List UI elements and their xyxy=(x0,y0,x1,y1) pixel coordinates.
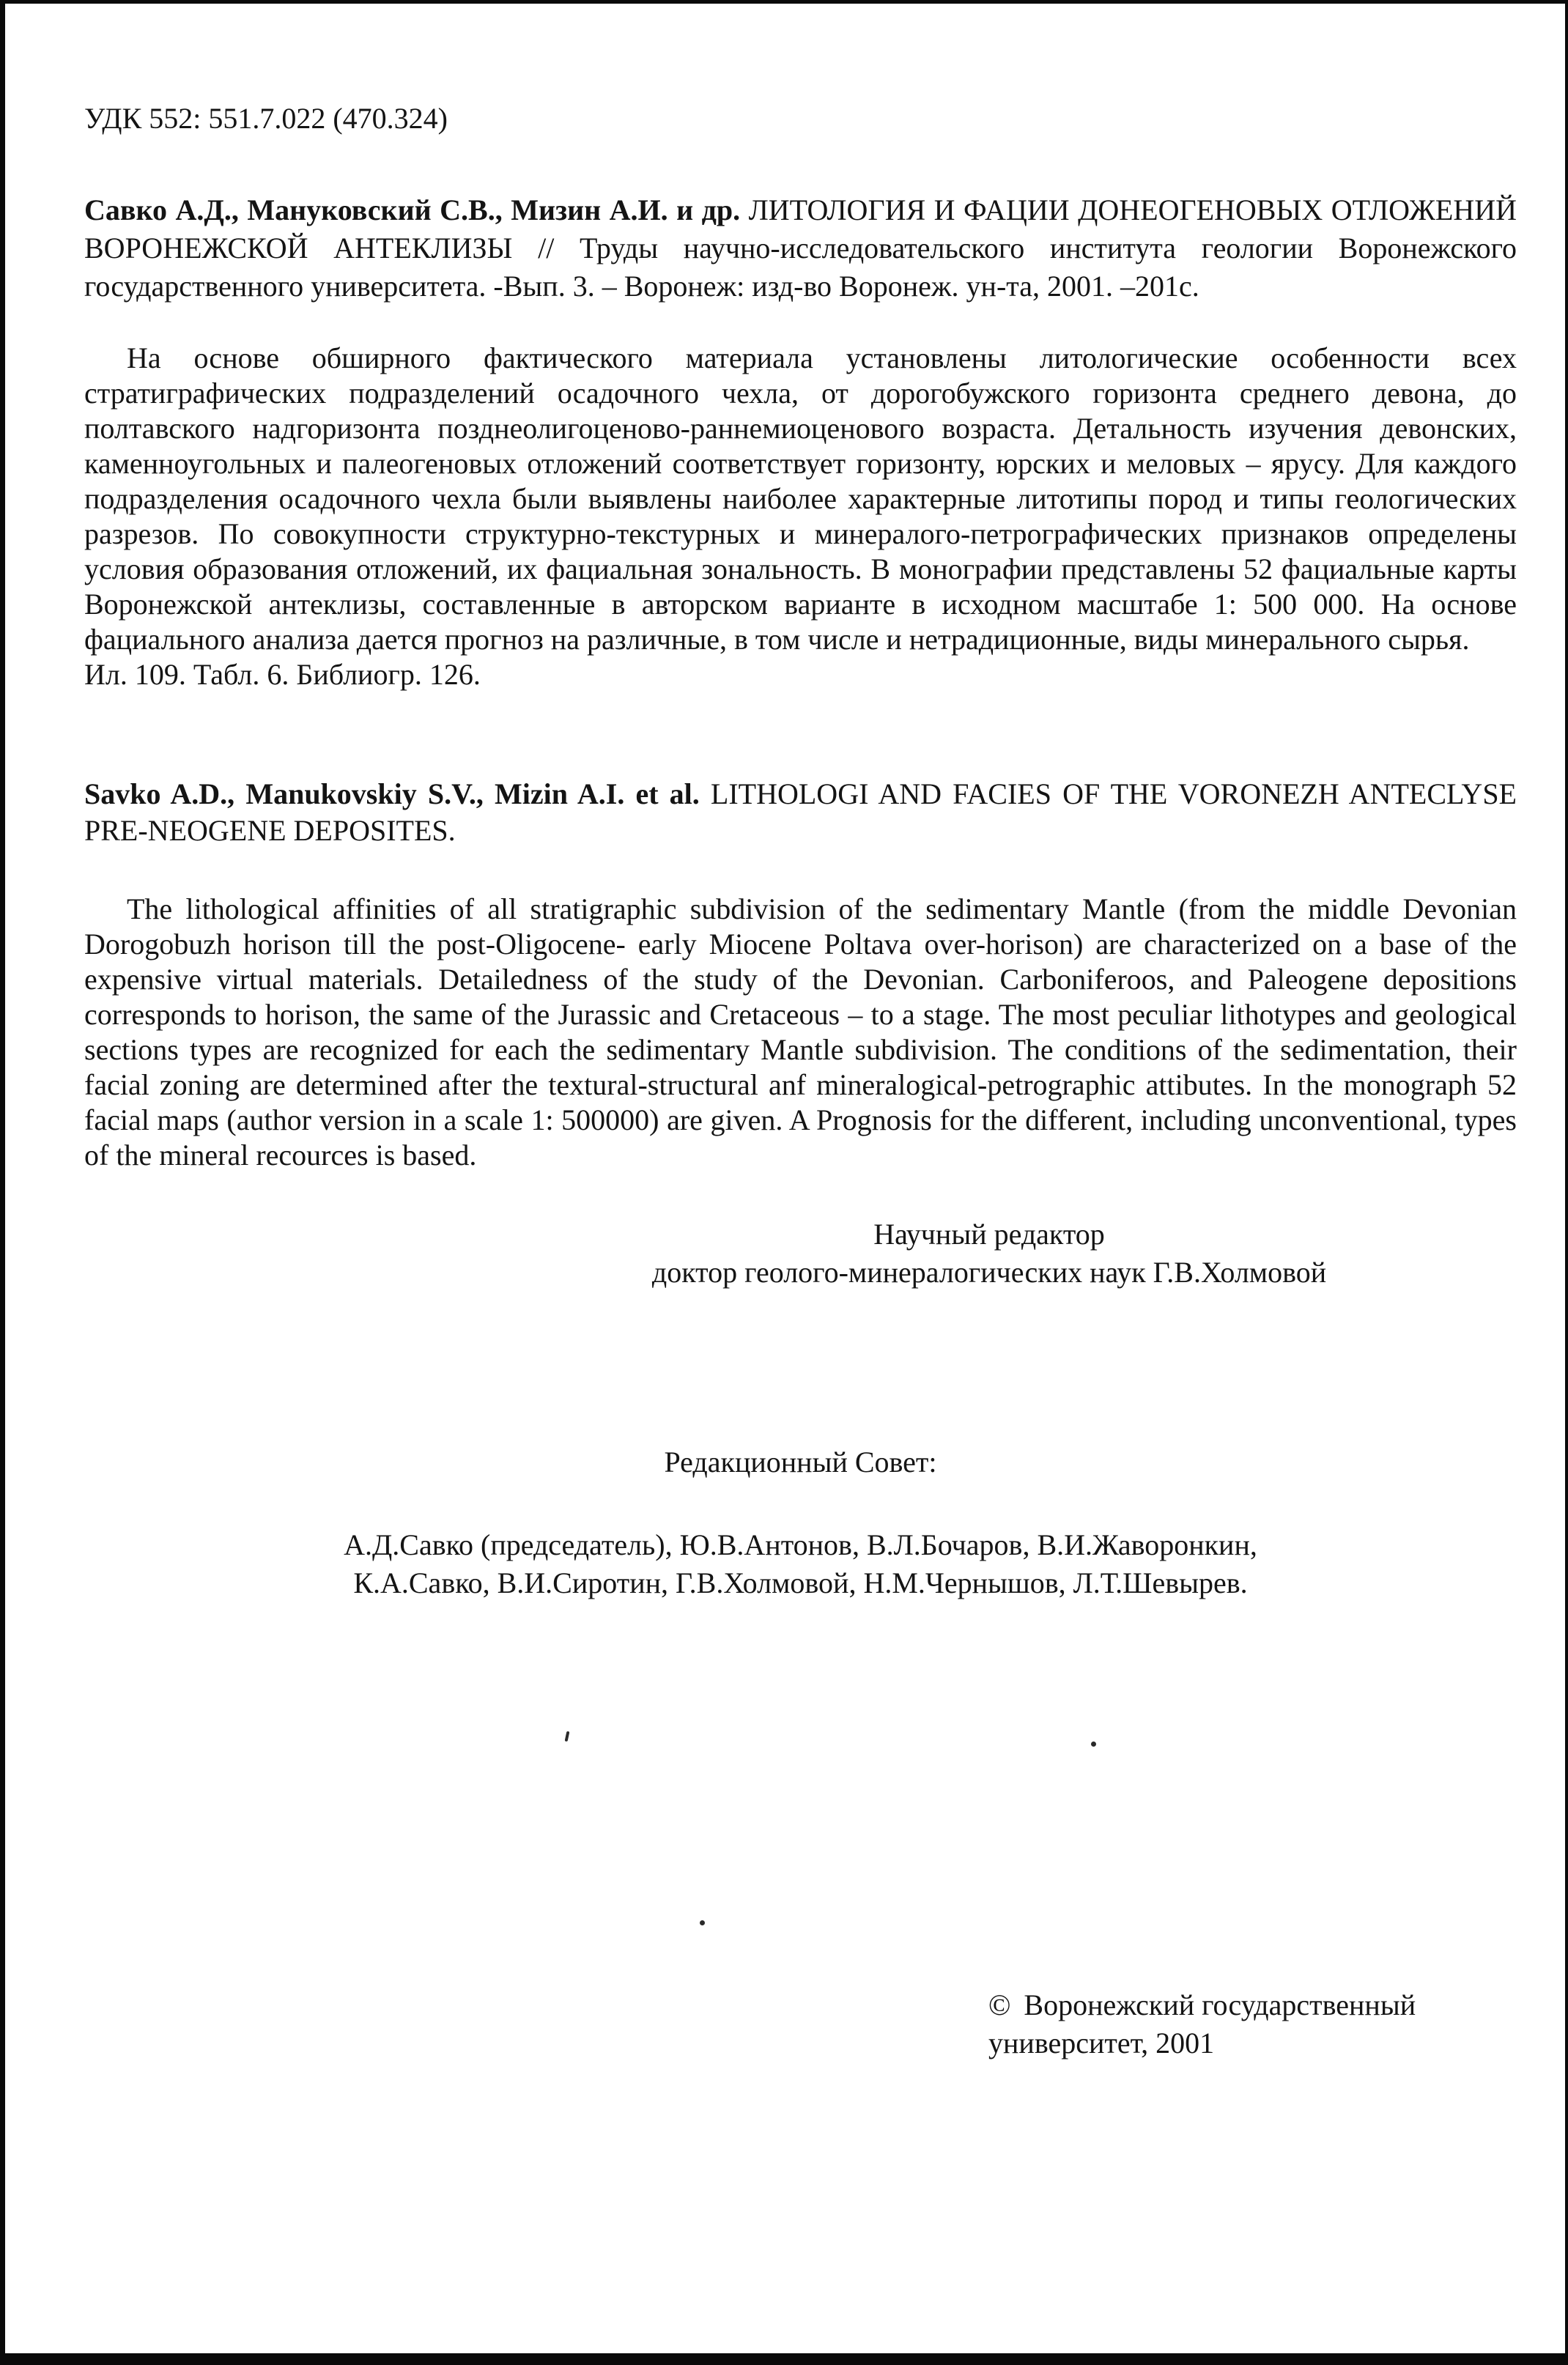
english-citation: Savko A.D., Manukovskiy S.V., Mizin A.I.… xyxy=(84,776,1517,849)
russian-abstract: На основе обширного фактического материа… xyxy=(84,341,1517,657)
scan-speck xyxy=(700,1920,705,1925)
russian-citation-authors: Савко А.Д., Мануковский С.В., Мизин А.И.… xyxy=(84,193,740,226)
editorial-board-line-2: К.А.Савко, В.И.Сиротин, Г.В.Холмовой, Н.… xyxy=(84,1564,1517,1602)
scientific-editor-label: Научный редактор xyxy=(495,1215,1484,1254)
editorial-board-title: Редакционный Совет: xyxy=(84,1444,1517,1481)
book-imprint-page: УДК 552: 551.7.022 (470.324) Савко А.Д.,… xyxy=(0,0,1568,2365)
copyright-symbol: © xyxy=(988,1988,1010,2021)
scientific-editor-name: доктор геолого-минералогических наук Г.В… xyxy=(495,1254,1484,1292)
illustrations-tables-bibliography-note: Ил. 109. Табл. 6. Библиогр. 126. xyxy=(84,657,1517,692)
english-abstract: The lithological affinities of all strat… xyxy=(84,892,1517,1173)
scientific-editor-block: Научный редактор доктор геолого-минерало… xyxy=(495,1215,1484,1292)
copyright-holder: Воронежский государственный xyxy=(1024,1988,1416,2021)
copyright-line-2: университет, 2001 xyxy=(988,2024,1517,2062)
copyright-notice: ©Воронежский государственный университет… xyxy=(988,1986,1517,2062)
editorial-board-members: А.Д.Савко (председатель), Ю.В.Антонов, В… xyxy=(84,1526,1517,1602)
editorial-board-line-1: А.Д.Савко (председатель), Ю.В.Антонов, В… xyxy=(84,1526,1517,1564)
scan-speck xyxy=(565,1731,570,1742)
english-citation-authors: Savko A.D., Manukovskiy S.V., Mizin A.I.… xyxy=(84,777,700,810)
russian-citation: Савко А.Д., Мануковский С.В., Мизин А.И.… xyxy=(84,191,1517,306)
udc-code: УДК 552: 551.7.022 (470.324) xyxy=(84,100,1517,137)
scan-speck xyxy=(1091,1742,1096,1747)
copyright-line-1: ©Воронежский государственный xyxy=(988,1986,1517,2024)
